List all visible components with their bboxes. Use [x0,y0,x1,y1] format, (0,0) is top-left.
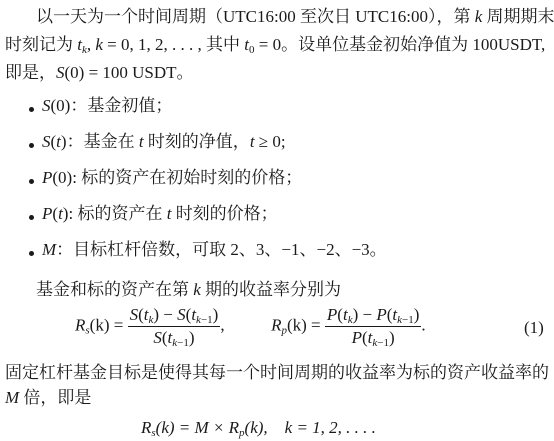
paragraph-3-line-2: M 倍，即是 [5,388,91,408]
bullet-icon [29,251,34,256]
definition-item: S(t)：基金在 t 时刻的净值，t ≥ 0; [42,132,286,152]
equation-1: Rs(k) = S(tk) − S(tk−1) S(tk−1) , Rp(k) … [75,305,426,348]
fraction-fund-return: S(tk) − S(tk−1) S(tk−1) [128,305,221,348]
definition-item: P(0): 标的资产在初始时刻的价格； [42,168,302,188]
definition-item: P(t): 标的资产在 t 时刻的价格； [42,204,278,224]
numerator: P(tk) − P(tk−1) [325,305,422,327]
text: 时刻记为 [5,35,77,54]
text: 基金和标的资产在第 [36,280,193,299]
text: (k) = [287,315,325,334]
text: ≥ 0; [255,132,286,151]
denominator: P(tk−1) [325,327,422,348]
text: . [421,315,425,334]
math-var: R [75,315,85,334]
bullet-icon [29,215,34,220]
math-var: M [42,240,56,259]
paragraph-1-line-3: 即是，S(0) = 100 USDT。 [5,63,194,83]
text: = 0, 1, 2, . . . , 其中 [103,35,244,54]
text: = 0。设单位基金初始净值为 100USDT, [255,35,546,54]
paragraph-2: 基金和标的资产在第 k 期的收益率分别为 [36,280,341,300]
fraction-asset-return: P(tk) − P(tk−1) P(tk−1) [325,305,422,348]
denominator: S(tk−1) [128,327,221,348]
math-var: P [42,168,52,187]
text: 时刻的价格； [171,204,277,223]
bullet-icon [29,179,34,184]
math-var: M [5,388,19,407]
text: ：目标杠杆倍数，可取 2、3、−1、−2、−3。 [56,240,387,259]
text: , [220,315,224,334]
math-var: R [271,315,281,334]
numerator: S(tk) − S(tk−1) [128,305,221,327]
bullet-icon [29,107,34,112]
text: (0) [52,168,72,187]
text: 以一天为一个时间周期（UTC16:00 至次日 UTC16:00），第 [36,7,475,26]
paragraph-1-line-2: 时刻记为 tk, k = 0, 1, 2, . . . , 其中 t0 = 0。… [5,35,545,55]
math-text: (k) = M × R [156,418,239,437]
text: 倍，即是 [19,388,91,407]
math-var: k [193,280,201,299]
math-var: k [95,35,103,54]
math-var: R [141,418,151,437]
math-var: S [42,132,51,151]
text: ：基金初值； [70,96,172,115]
text: ：基金在 [67,132,139,151]
definition-item: M：目标杠杆倍数，可取 2、3、−1、−2、−3。 [42,240,387,260]
text: : 标的资产在初始时刻的价格； [72,168,302,187]
math-var: P [42,204,52,223]
bullet-icon [29,143,34,148]
text: (0) = 100 USDT。 [65,63,194,82]
text: 即是， [5,63,56,82]
math-var: S [56,63,65,82]
paragraph-3-line-1: 固定杠杆基金目标是使得其每一个时间周期的收益率为标的资产收益率的 [5,363,549,383]
text: 周期期末 [482,7,554,26]
definition-item: S(0)：基金初值； [42,96,172,116]
equation-2: Rs(k) = M × Rp(k), k = 1, 2, . . . . [141,418,376,438]
text: 期的收益率分别为 [201,280,341,299]
text: (k) = [90,315,128,334]
text: : 标的资产在 [68,204,166,223]
paragraph-1-line-1: 以一天为一个时间周期（UTC16:00 至次日 UTC16:00），第 k 周期… [36,7,554,27]
text: (0) [51,96,71,115]
text: 时刻的净值， [144,132,250,151]
math-text: (k), k = 1, 2, . . . . [245,418,376,437]
equation-number: (1) [524,318,544,338]
math-var: S [42,96,51,115]
